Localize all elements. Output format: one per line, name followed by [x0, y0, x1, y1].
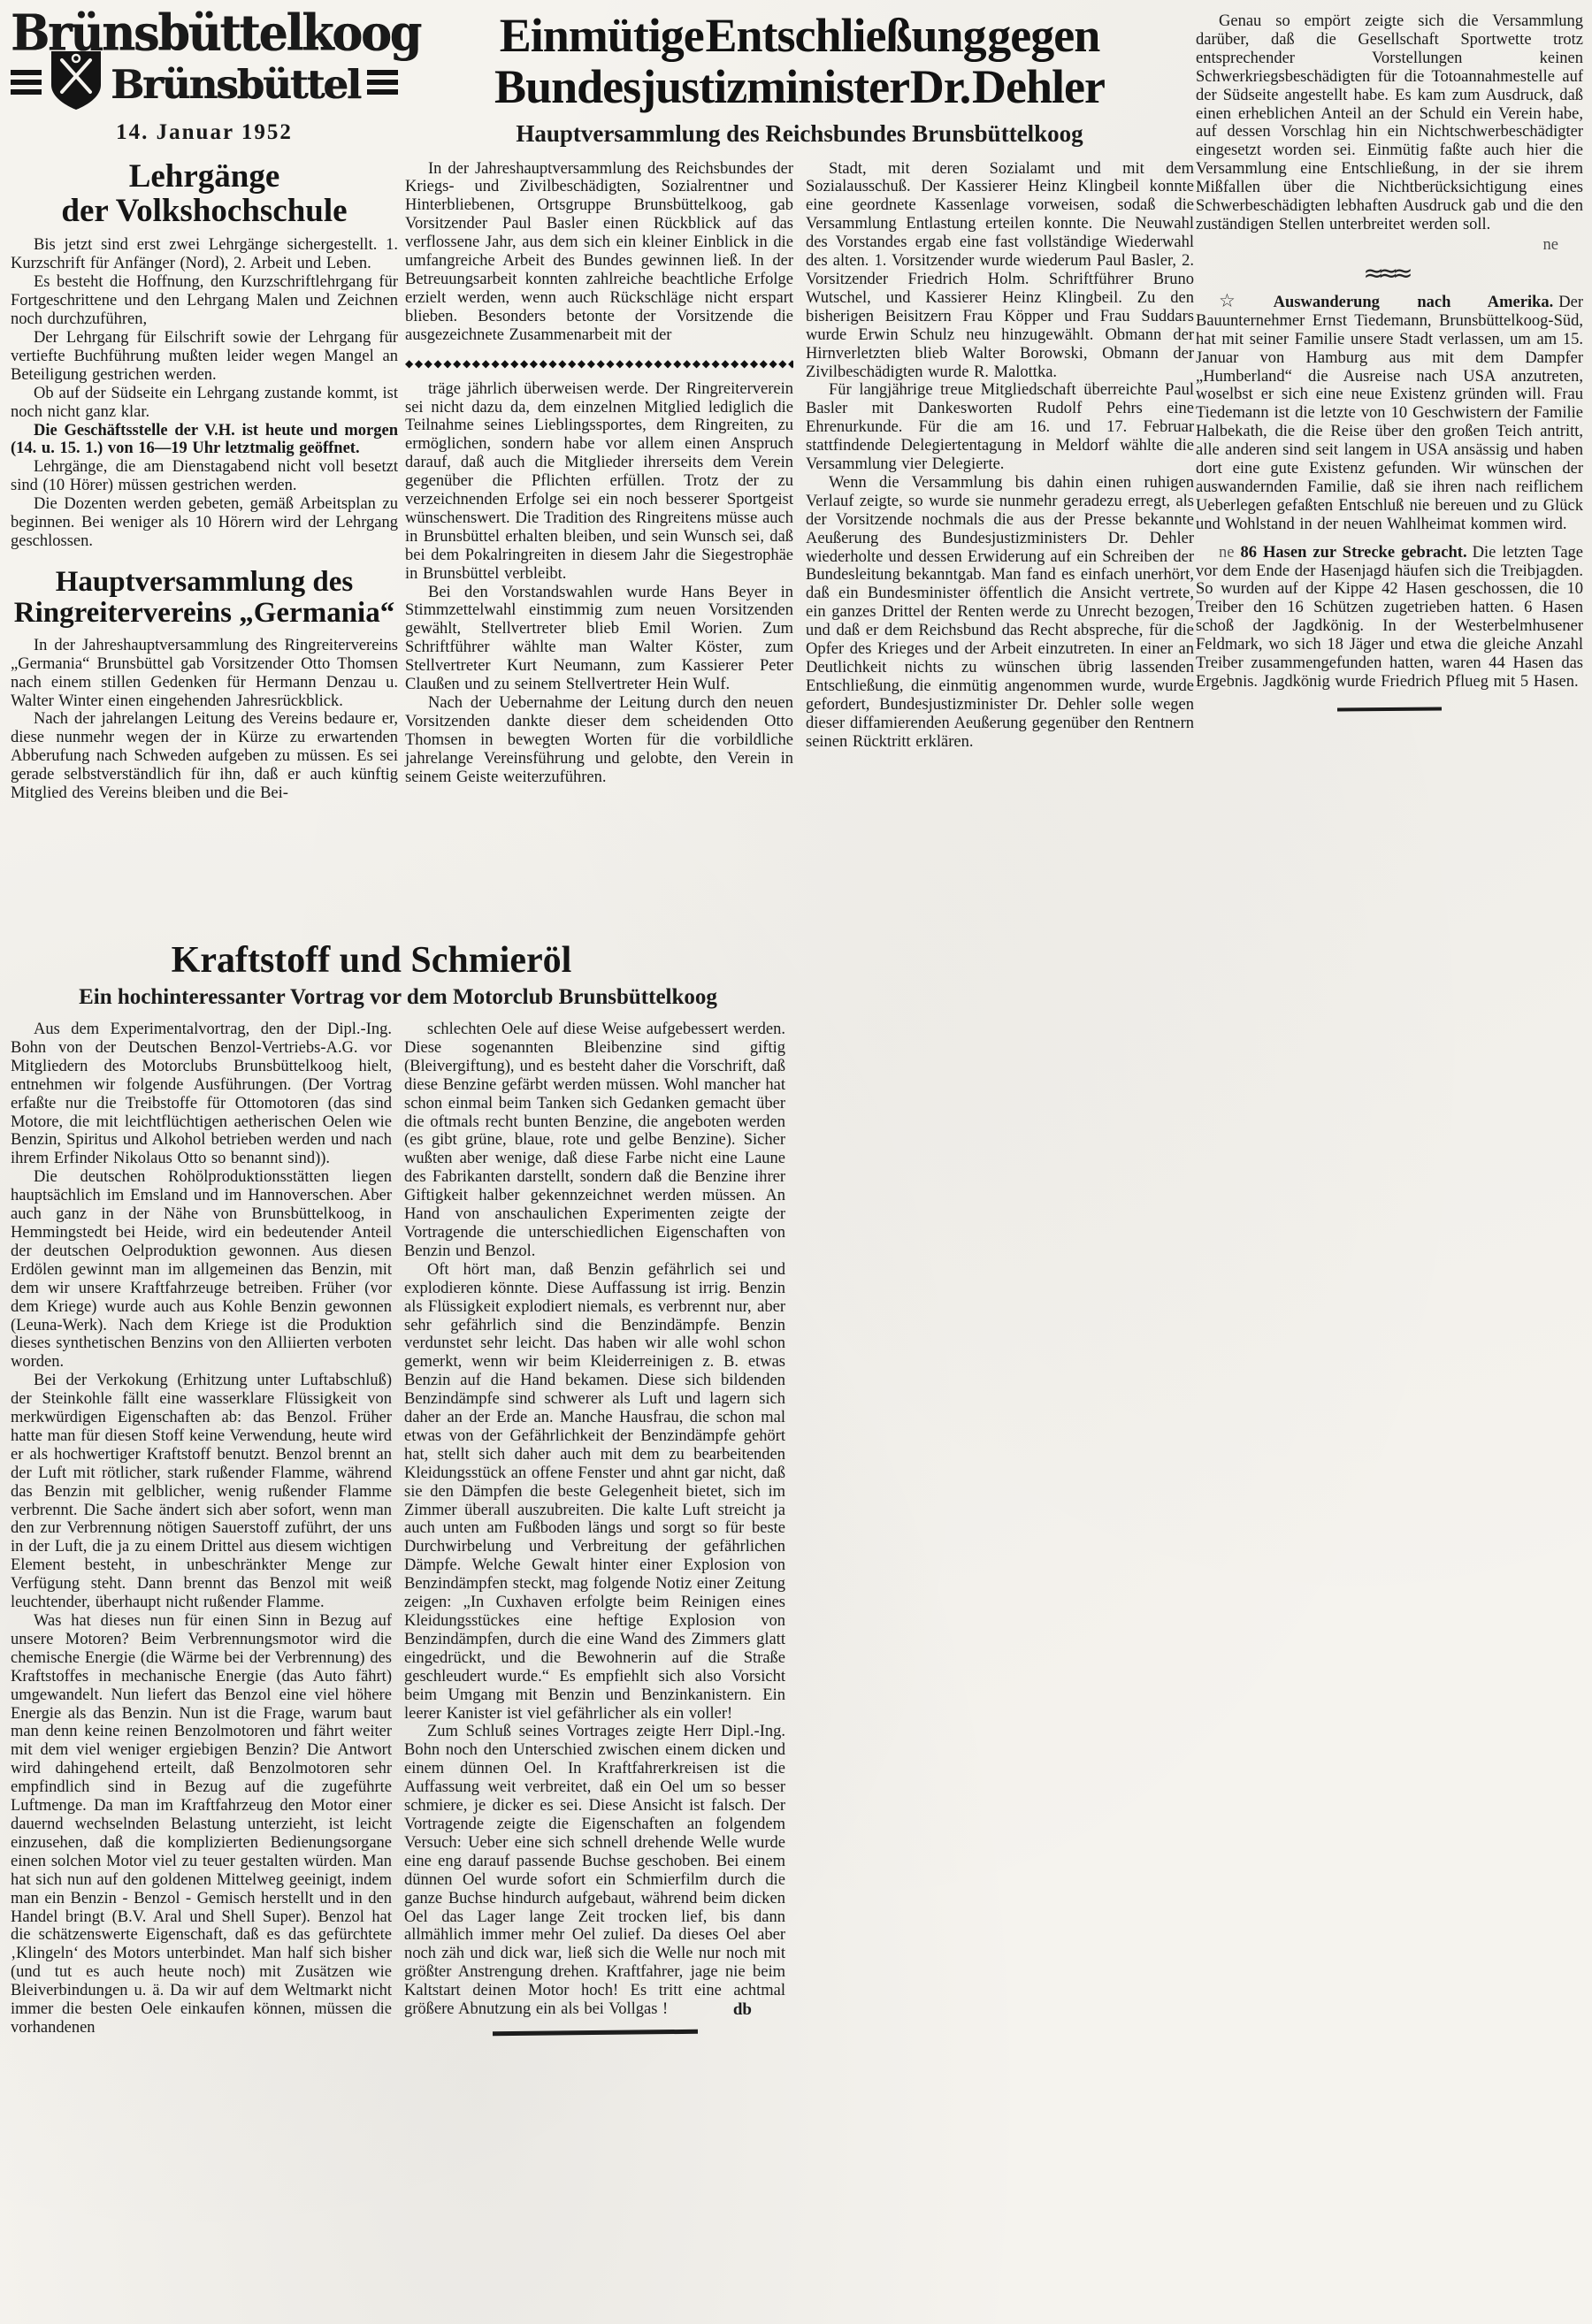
news-item-auswanderung: ☆Auswanderung nach Amerika.Der Bauuntern… [1196, 292, 1583, 534]
kraftstoff-end-rule [492, 2030, 697, 2036]
paragraph: Ob auf der Südseite ein Lehrgang zustand… [11, 385, 398, 422]
masthead-title-line1: Brünsbüttelkoog [11, 9, 398, 58]
overprint-ne: ne [1219, 544, 1234, 562]
newspaper-page: Brünsbüttelkoog Brünsbüttel 14. Januar 1… [0, 0, 1592, 2324]
paragraph: Nach der Uebernahme der Leitung durch de… [405, 694, 793, 787]
news-item-hasen: ne 86 Hasen zur Strecke gebracht.Die let… [1196, 544, 1583, 692]
paragraph: Bis jetzt sind erst zwei Lehrgänge siche… [11, 236, 398, 273]
article-title: Hauptversammlung des Ringreitervereins „… [11, 567, 398, 629]
news-text: Die letzten Tage vor dem Ende der Hasenj… [1196, 544, 1583, 691]
paragraph: träge jährlich überweisen werde. Der Rin… [405, 380, 793, 584]
dehler-column-2: Stadt, mit deren Sozialamt und mit dem S… [806, 160, 1194, 787]
news-lead: Auswanderung nach Amerika. [1274, 294, 1554, 311]
sportwette-paragraph: Genau so empört zeigte sich die Versamml… [1196, 12, 1583, 234]
dehler-headline-line2: Bundesjustizminister Dr. Dehler [405, 62, 1194, 113]
star-icon: ☆ [1219, 290, 1268, 311]
masthead-row: Brünsbüttel [11, 57, 398, 111]
paragraph: Wenn die Versammlung bis dahin einen ruh… [806, 474, 1194, 752]
dehler-headline-line1: Einmütige Entschließung gegen [405, 11, 1194, 62]
banner-left-icon [11, 70, 42, 98]
article-germania: Hauptversammlung des Ringreitervereins „… [11, 567, 398, 803]
article-title: Lehrgänge der Volkshochschule [11, 159, 398, 228]
paragraph: Lehrgänge, die am Dienstagabend nicht vo… [11, 458, 398, 495]
paragraph: Aus dem Experimentalvortrag, den der Dip… [11, 1021, 392, 1168]
paragraph: Stadt, mit deren Sozialamt und mit dem S… [806, 160, 1194, 382]
paragraph: Bei der Verkokung (Erhitzung unter Lufta… [11, 1372, 392, 1612]
title-line: Hauptversammlung des [56, 566, 353, 598]
paragraph: schlechten Oele auf diese Weise aufgebes… [404, 1021, 785, 1261]
left-column: Brünsbüttelkoog Brünsbüttel 14. Januar 1… [11, 9, 398, 803]
paragraph: Der Lehrgang für Eilschrift sowie der Le… [11, 329, 398, 385]
news-lead: 86 Hasen zur Strecke gebracht. [1241, 544, 1467, 562]
news-text: Der Bauunternehmer Ernst Tiedemann, Brun… [1196, 294, 1583, 533]
dehler-column-1: In der Jahreshauptversammlung des Reichs… [405, 160, 793, 787]
title-line: Ringreitervereins „Germania“ [14, 597, 394, 629]
paragraph: Bei den Vorstandswahlen wurde Hans Beyer… [405, 584, 793, 694]
paragraph: Zum Schluß seines Vortrages zeigte Herr … [404, 1723, 785, 2019]
paragraph: Oft hört man, daß Benzin gefährlich sei … [404, 1261, 785, 1724]
paragraph: Nach der jahrelangen Leitung des Vereins… [11, 710, 398, 803]
title-line: Lehrgänge [129, 158, 280, 195]
diamond-divider: ◆◆◆◆◆◆◆◆◆◆◆◆◆◆◆◆◆◆◆◆◆◆◆◆◆◆◆◆◆◆◆◆◆◆◆◆◆◆◆◆… [405, 358, 793, 369]
masthead-date: 14. Januar 1952 [11, 120, 398, 145]
right-column: Genau so empört zeigte sich die Versamml… [1196, 12, 1583, 711]
paragraph: In der Jahreshauptversammlung des Ringre… [11, 637, 398, 711]
kraftstoff-column-2: schlechten Oele auf diese Weise aufgebes… [404, 1021, 785, 2037]
paragraph: Es besteht die Hoffnung, den Kurzschrift… [11, 273, 398, 329]
dehler-subhead: Hauptversammlung des Reichsbundes Brunsb… [405, 120, 1194, 148]
article-volkshochschule: Lehrgänge der Volkshochschule Bis jetzt … [11, 159, 398, 551]
kraftstoff-column-1: Aus dem Experimentalvortrag, den der Dip… [11, 1021, 392, 2037]
paragraph: Die Dozenten werden gebeten, gemäß Arbei… [11, 495, 398, 551]
germania-continuation: träge jährlich überweisen werde. Der Rin… [405, 380, 793, 787]
paragraph: In der Jahreshauptversammlung des Reichs… [405, 160, 793, 345]
masthead-title-line2: Brünsbüttel [111, 65, 360, 104]
overprint-ne: ne [1196, 236, 1583, 254]
masthead: Brünsbüttelkoog Brünsbüttel [11, 9, 398, 111]
paragraph: Die deutschen Rohölproduktionsstätten li… [11, 1168, 392, 1372]
banner-right-icon [367, 70, 398, 98]
squiggle-divider: ≈≈≈ [1196, 264, 1574, 282]
paragraph: Was hat dieses nun für einen Sinn in Bez… [11, 1612, 392, 2037]
end-rule [1337, 707, 1442, 711]
kraftstoff-title: Kraftstoff und Schmieröl [11, 939, 732, 982]
paragraph-bold-notice: Die Geschäftsstelle der V.H. ist heute u… [11, 422, 398, 459]
title-line: der Volkshochschule [61, 193, 347, 229]
kraftstoff-subhead: Ein hochinteressanter Vortrag vor dem Mo… [11, 985, 785, 1010]
article-kraftstoff: Kraftstoff und Schmieröl Ein hochinteres… [11, 939, 785, 2037]
paragraph: Für langjährige treue Mitgliedschaft übe… [806, 381, 1194, 474]
article-dehler: Einmütige Entschließung gegen Bundesjust… [405, 11, 1194, 787]
